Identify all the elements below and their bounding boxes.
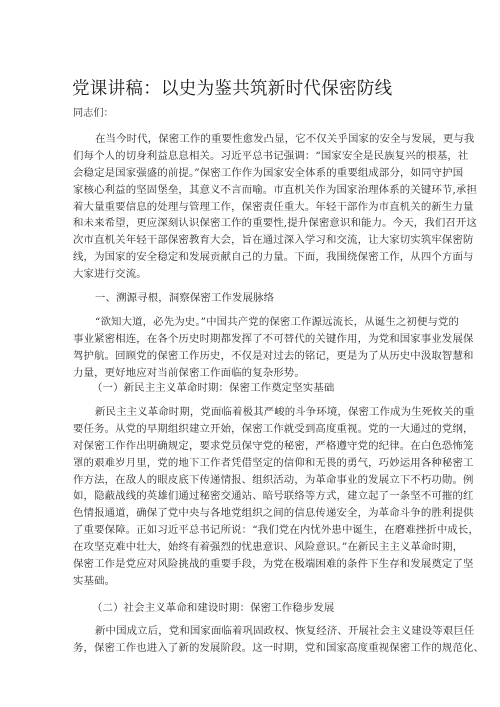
section-1-paragraph: “欲知大道，必先为史。”中国共产党的保密工作源远流长，从诞生之初便与党的 事业紧…	[73, 314, 433, 382]
subsection-heading-1: （一）新民主主义革命时期：保密工作奠定坚实基础	[92, 381, 334, 395]
paragraph-line: 保密工作是党应对风险挑战的重要手段，为党在极端困难的条件下生存和发展奠定了坚	[73, 556, 433, 573]
paragraph-line: 事业紧密相连，在各个历史时期都发挥了不可替代的关键作用，为党和国家事业发展保	[73, 331, 433, 348]
paragraph-line: 罩的艰难岁月里，党的地下工作者凭借坚定的信仰和无畏的勇气，巧妙运用各种秘密工	[73, 455, 433, 472]
paragraph-line: 要任务。从党的早期组织建立开始，保密工作就受到高度重视。党的一大通过的党纲，	[73, 421, 433, 438]
paragraph-line: 力量，更好地应对当前保密工作面临的复杂形势。	[73, 365, 433, 382]
paragraph-line: 对保密工作作出明确规定，要求党员保守党的秘密，严格遵守党的纪律。在白色恐怖笼	[73, 438, 433, 455]
intro-paragraph: 在当今时代，保密工作的重要性愈发凸显，它不仅关乎国家的安全与发展，更与我 们每个…	[73, 131, 433, 283]
paragraph-line: 家核心利益的坚固堡垒，其意义不言而喻。市直机关作为国家治理体系的关键环节,承担	[73, 182, 433, 199]
paragraph-line: 如，隐蔽战线的英雄们通过秘密交通站、暗号联络等方式，建立起了一条坚不可摧的红	[73, 488, 433, 505]
paragraph-line: 驾护航。回顾党的保密工作历史，不仅是对过去的铭记，更是为了从历史中汲取智慧和	[73, 348, 433, 365]
paragraph-line: 大家进行交流。	[73, 266, 433, 283]
document-page: 党课讲稿：以史为鉴共筑新时代保密防线 同志们： 在当今时代，保密工作的重要性愈发…	[0, 0, 500, 707]
paragraph-line: 们每个人的切身利益息息相关。习近平总书记强调：“国家安全是民族复兴的根基，社	[73, 148, 433, 165]
paragraph-line: 和未来希望，更应深刻认识保密工作的重要性,提升保密意识和能力。今天，我们召开这	[73, 215, 433, 232]
paragraph-line: 新中国成立后，党和国家面临着巩固政权、恢复经济、开展社会主义建设等艰巨任	[73, 623, 433, 640]
section-heading-1: 一、溯源寻根，洞察保密工作发展脉络	[95, 291, 274, 305]
greeting: 同志们：	[73, 107, 114, 121]
paragraph-line: 会稳定是国家强盛的前提。”保密工作作为国家安全体系的重要组成部分，如同守护国	[73, 165, 433, 182]
paragraph-line: 新民主主义革命时期，党面临着极其严峻的斗争环境，保密工作成为生死攸关的重	[73, 404, 433, 421]
subsection-heading-2: （二）社会主义革命和建设时期：保密工作稳步发展	[92, 601, 334, 615]
subsection-2-paragraph: 新中国成立后，党和国家面临着巩固政权、恢复经济、开展社会主义建设等艰巨任 务，保…	[73, 623, 433, 657]
paragraph-line: 了重要保障。正如习近平总书记所说：“我们党在内忧外患中诞生，在磨难挫折中成长，	[73, 522, 433, 539]
subsection-1-paragraph: 新民主主义革命时期，党面临着极其严峻的斗争环境，保密工作成为生死攸关的重 要任务…	[73, 404, 433, 590]
paragraph-line: 次市直机关年轻干部保密教育大会，旨在通过深入学习和交流，让大家切实筑牢保密防	[73, 232, 433, 249]
paragraph-line: 色情报通道，确保了党中央与各地党组织之间的信息传递安全，为革命斗争的胜利提供	[73, 505, 433, 522]
paragraph-line: 务，保密工作也进入了新的发展阶段。这一时期，党和国家高度重视保密工作的规范化、	[73, 640, 433, 657]
paragraph-line: 实基础。	[73, 573, 433, 590]
paragraph-line: 着大量重要信息的处理与管理工作，保密责任重大。年轻干部作为市直机关的新生力量	[73, 199, 433, 216]
paragraph-line: 线，为国家的安全稳定和发展贡献自己的力量。下面，我围绕保密工作，从四个方面与	[73, 249, 433, 266]
paragraph-line: 作方法，在敌人的眼皮底下传递情报、组织活动，为革命事业的发展立下不朽功勋。例	[73, 472, 433, 489]
paragraph-line: “欲知大道，必先为史。”中国共产党的保密工作源远流长，从诞生之初便与党的	[73, 314, 433, 331]
paragraph-line: 在当今时代，保密工作的重要性愈发凸显，它不仅关乎国家的安全与发展，更与我	[73, 131, 433, 148]
document-title: 党课讲稿：以史为鉴共筑新时代保密防线	[72, 78, 392, 100]
paragraph-line: 在攻坚克难中壮大，始终有着强烈的忧患意识、风险意识。”在新民主主义革命时期，	[73, 539, 433, 556]
